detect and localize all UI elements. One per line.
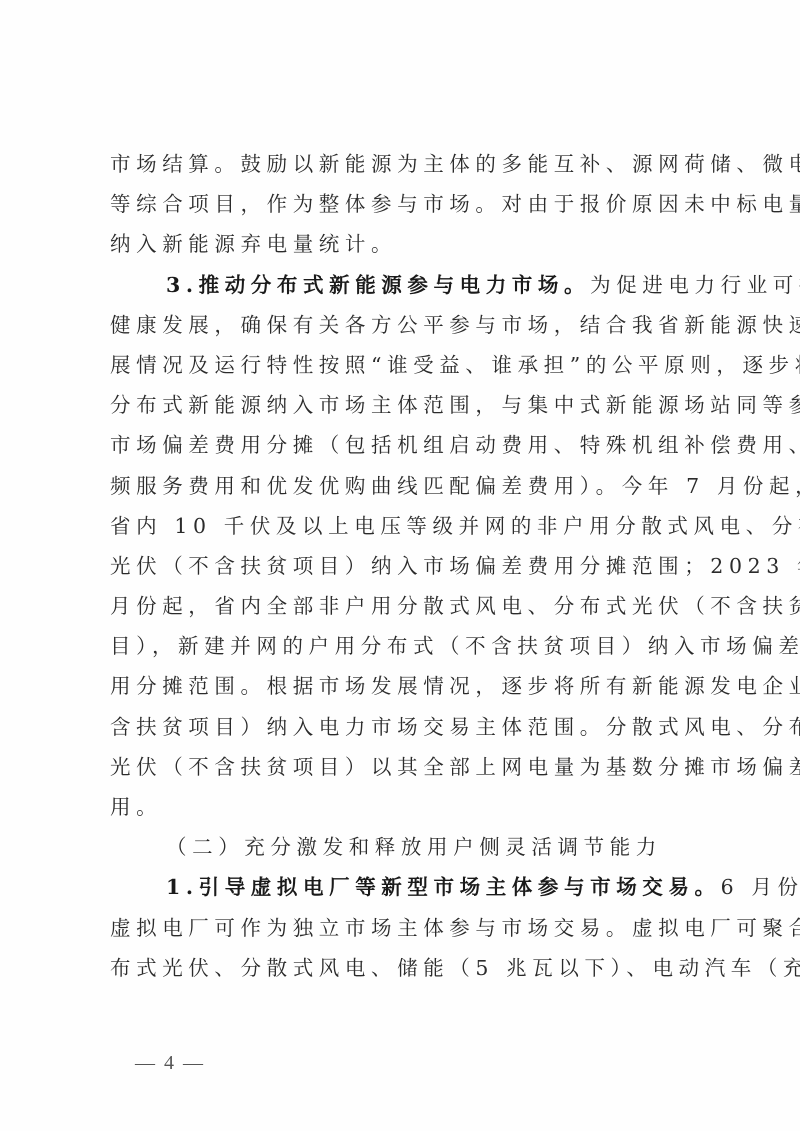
paragraph-line: 光伏（不含扶贫项目）纳入市场偏差费用分摊范围；2023 年 1 <box>110 546 702 586</box>
paragraph-line: 展情况及运行特性按照“谁受益、谁承担”的公平原则，逐步将 <box>110 345 702 385</box>
paragraph-line: 市场偏差费用分摊（包括机组启动费用、特殊机组补偿费用、调 <box>110 425 702 465</box>
paragraph-line: 纳入新能源弃电量统计。 <box>110 224 702 264</box>
paragraph-line: 用。 <box>110 787 702 827</box>
paragraph-line: 月份起，省内全部非户用分散式风电、分布式光伏（不含扶贫项 <box>110 586 702 626</box>
paragraph-line: 市场结算。鼓励以新能源为主体的多能互补、源网荷储、微电网 <box>110 144 702 184</box>
paragraph-line: 频服务费用和优发优购曲线匹配偏差费用）。今年 7 月份起，将 <box>110 466 702 506</box>
section-heading-2: （二）充分激发和释放用户侧灵活调节能力 <box>110 827 702 867</box>
paragraph-line: 虚拟电厂可作为独立市场主体参与市场交易。虚拟电厂可聚合分 <box>110 908 702 948</box>
paragraph-line: 含扶贫项目）纳入电力市场交易主体范围。分散式风电、分布式 <box>110 707 702 747</box>
paragraph-line: 分布式新能源纳入市场主体范围，与集中式新能源场站同等参与 <box>110 385 702 425</box>
paragraph-line: 光伏（不含扶贫项目）以其全部上网电量为基数分摊市场偏差费 <box>110 747 702 787</box>
paragraph-line: 用分摊范围。根据市场发展情况，逐步将所有新能源发电企业（不 <box>110 666 702 706</box>
paragraph-line: 健康发展，确保有关各方公平参与市场，结合我省新能源快速发 <box>110 305 702 345</box>
paragraph-line: 等综合项目，作为整体参与市场。对由于报价原因未中标电量不 <box>110 184 702 224</box>
paragraph-line: 布式光伏、分散式风电、储能（5 兆瓦以下）、电动汽车（充电 <box>110 948 702 988</box>
document-body: 市场结算。鼓励以新能源为主体的多能互补、源网荷储、微电网 等综合项目，作为整体参… <box>110 144 702 988</box>
item-1-title: 1.引导虚拟电厂等新型市场主体参与市场交易。 <box>166 875 721 899</box>
section-3-first-line: 3.推动分布式新能源参与电力市场。为促进电力行业可持续 <box>110 265 702 305</box>
section-3-first-line-text: 为促进电力行业可持续 <box>590 273 800 297</box>
item-1-first-line: 1.引导虚拟电厂等新型市场主体参与市场交易。6 月份起， <box>110 867 702 907</box>
document-page: 市场结算。鼓励以新能源为主体的多能互补、源网荷储、微电网 等综合项目，作为整体参… <box>0 0 800 1131</box>
section-3-title: 3.推动分布式新能源参与电力市场。 <box>166 273 590 297</box>
item-1-first-line-text: 6 月份起， <box>721 875 800 899</box>
paragraph-line: 目），新建并网的户用分布式（不含扶贫项目）纳入市场偏差费 <box>110 626 702 666</box>
paragraph-line: 省内 10 千伏及以上电压等级并网的非户用分散式风电、分布式 <box>110 506 702 546</box>
page-number: — 4 — <box>135 1052 205 1075</box>
